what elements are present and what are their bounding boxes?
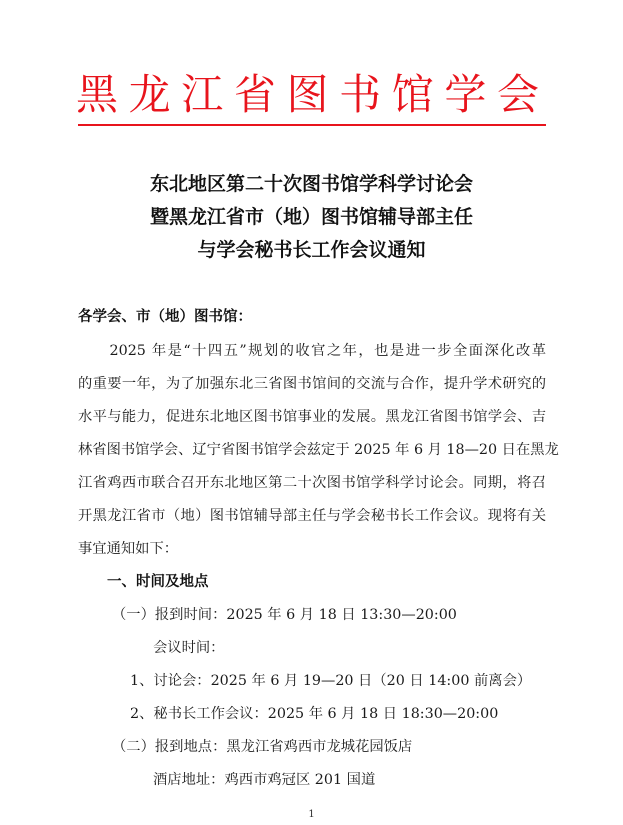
document-page: 黑龙江省图书馆学会 东北地区第二十次图书馆学科学讨论会 暨黑龙江省市（地）图书馆… [0, 0, 623, 825]
body-line-7: 事宜通知如下： [78, 538, 546, 560]
body-line-5: 江省鸡西市联合召开东北地区第二十次图书馆学科学讨论会。同期，将召 [78, 472, 546, 494]
body-line-6: 开黑龙江省市（地）图书馆辅导部主任与学会秘书长工作会议。现将有关 [78, 505, 546, 527]
body-line-3: 水平与能力，促进东北地区图书馆事业的发展。黑龙江省图书馆学会、吉 [78, 406, 546, 428]
body-line-1: 2025 年是“十四五”规划的收官之年，也是进一步全面深化改革 [78, 340, 546, 362]
masthead-red-rule [78, 124, 546, 126]
meeting-time-label: 会议时间： [153, 637, 224, 659]
page-number: 1 [0, 808, 623, 822]
salutation: 各学会、市（地）图书馆： [78, 306, 252, 328]
masthead-org-name: 黑龙江省图书馆学会 [76, 68, 548, 122]
notice-title-line-3: 与学会秘书长工作会议通知 [0, 238, 623, 262]
registration-time: （一）报到时间：2025 年 6 月 18 日 13:30—20:00 [112, 604, 457, 626]
hotel-address: 酒店地址：鸡西市鸡冠区 201 国道 [153, 769, 375, 791]
notice-title-line-1: 东北地区第二十次图书馆学科学讨论会 [0, 172, 623, 196]
notice-title-line-2: 暨黑龙江省市（地）图书馆辅导部主任 [0, 205, 623, 229]
body-line-4: 林省图书馆学会、辽宁省图书馆学会兹定于 2025 年 6 月 18—20 日在黑… [78, 439, 546, 461]
section-heading-time-and-place: 一、时间及地点 [107, 571, 209, 593]
body-line-2: 的重要一年，为了加强东北三省图书馆间的交流与合作，提升学术研究的 [78, 373, 546, 395]
registration-location: （二）报到地点：黑龙江省鸡西市龙城花园饭店 [112, 736, 412, 758]
secretary-meeting-time: 2、秘书长工作会议：2025 年 6 月 18 日 18:30—20:00 [130, 703, 498, 725]
symposium-time: 1、讨论会：2025 年 6 月 19—20 日（20 日 14:00 前离会） [130, 670, 531, 692]
